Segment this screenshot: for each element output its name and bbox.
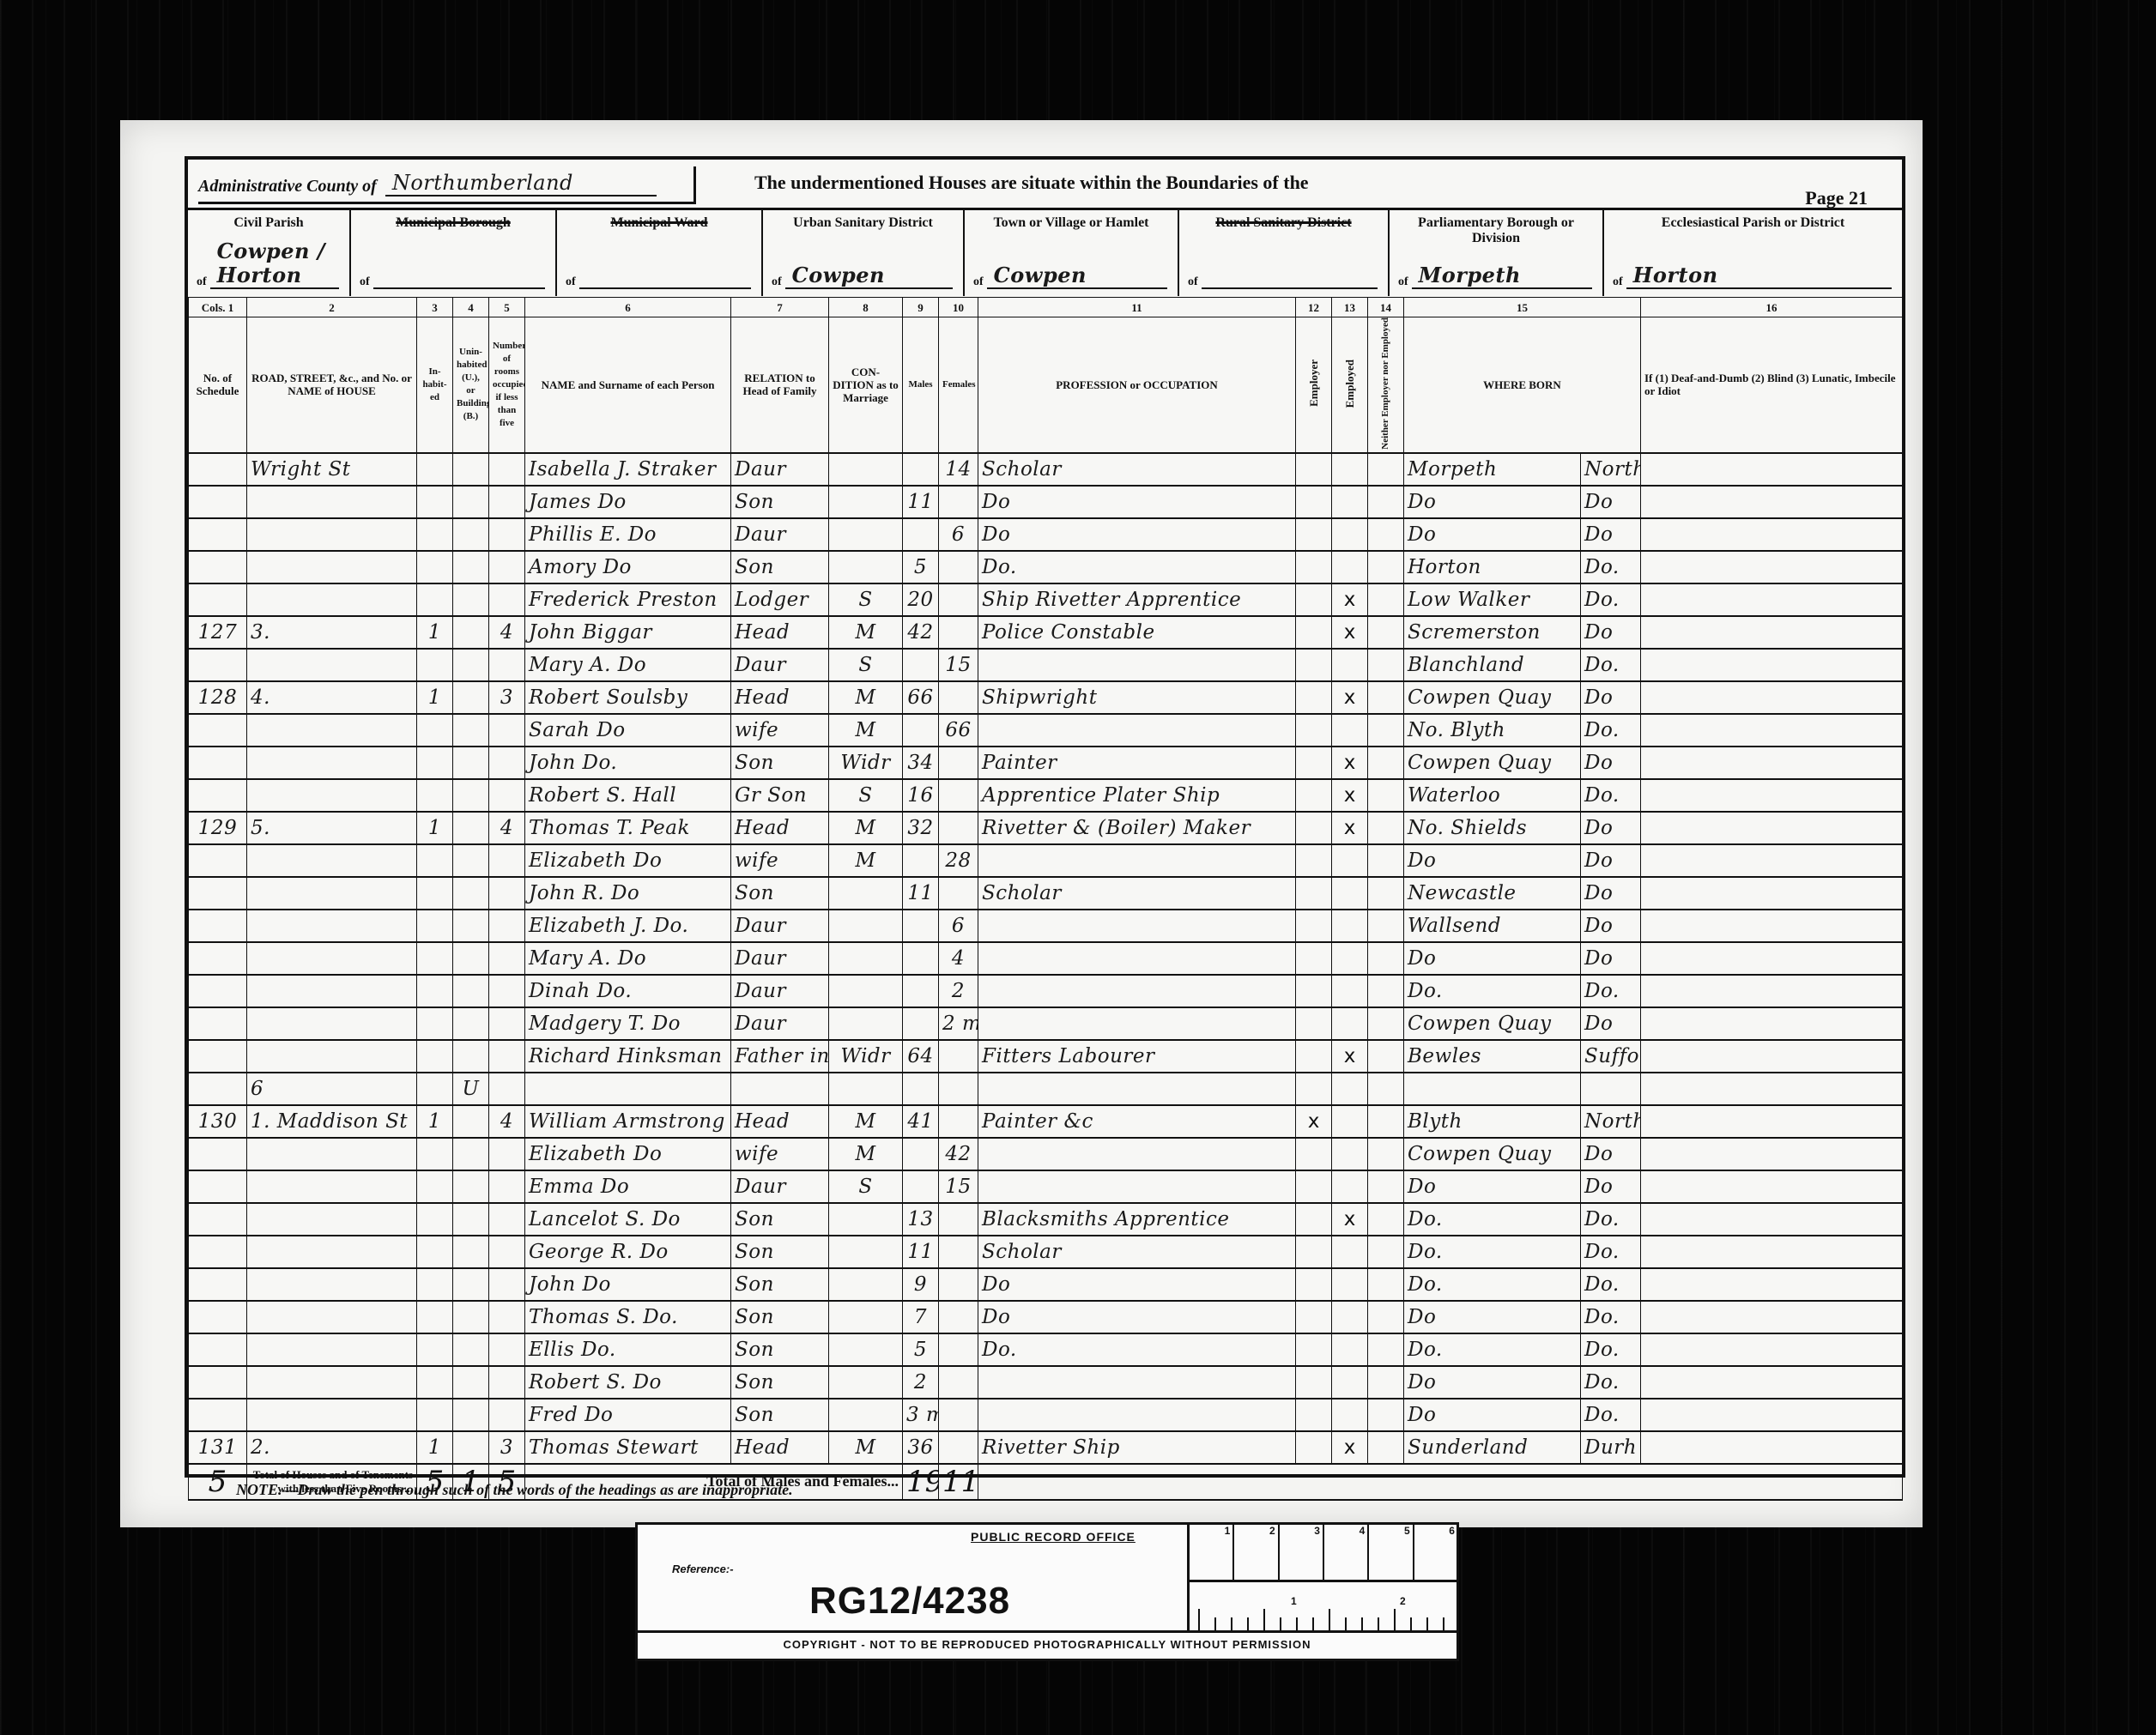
age-female-cell: 6 — [939, 910, 978, 942]
table-row: 1284.13Robert SoulsbyHeadM66ShipwrightxC… — [189, 681, 1903, 714]
uninhabited-cell — [453, 877, 489, 910]
table-row: Thomas S. Do.Son7DoDoDo. — [189, 1301, 1903, 1333]
employed-cell: x — [1332, 616, 1368, 649]
col-number: 10 — [939, 298, 978, 317]
uninhabited-cell — [453, 1431, 489, 1464]
condition-cell: M — [829, 844, 903, 877]
ruler-mark: 2 — [1400, 1595, 1406, 1607]
rooms-cell — [489, 1040, 525, 1073]
road-cell — [247, 910, 417, 942]
condition-cell: M — [829, 1138, 903, 1170]
neither-cell — [1368, 518, 1404, 551]
inhabited-cell — [417, 1138, 453, 1170]
neither-cell — [1368, 942, 1404, 975]
header-inhabited: In-habit-ed — [417, 317, 453, 453]
uninhabited-cell — [453, 779, 489, 812]
age-female-cell — [939, 1301, 978, 1333]
employer-cell — [1296, 1366, 1332, 1399]
condition-cell — [829, 942, 903, 975]
age-female-cell — [939, 877, 978, 910]
age-female-cell — [939, 1203, 978, 1236]
relation-cell: Head — [731, 616, 829, 649]
header-neither: Neither Employer nor Employed — [1368, 317, 1404, 453]
employed-cell — [1332, 1399, 1368, 1431]
inhabited-cell — [417, 551, 453, 583]
road-cell: 3. — [247, 616, 417, 649]
page-number: Page 21 — [1805, 187, 1868, 209]
rooms-cell — [489, 1268, 525, 1301]
reference-card: PUBLIC RECORD OFFICE Reference:- RG12/42… — [635, 1522, 1459, 1661]
employer-cell — [1296, 518, 1332, 551]
ruler-cm-scale: 1 2 3 4 5 6 — [1190, 1525, 1459, 1582]
infirmity-cell — [1641, 1301, 1903, 1333]
uninhabited-cell — [453, 1301, 489, 1333]
employed-cell — [1332, 975, 1368, 1007]
neither-cell — [1368, 844, 1404, 877]
age-female-cell — [939, 1333, 978, 1366]
age-male-cell: 13 — [903, 1203, 939, 1236]
born-county-cell: Do — [1581, 1138, 1641, 1170]
relation-cell: Daur — [731, 518, 829, 551]
born-county-cell: Do. — [1581, 649, 1641, 681]
born-place-cell: Cowpen Quay — [1404, 681, 1581, 714]
district-value — [1202, 287, 1378, 289]
born-place-cell: Do — [1404, 518, 1581, 551]
district-civil-parish: Civil Parish ofCowpen / Horton — [188, 210, 351, 296]
table-row: Robert S. DoSon2DoDo. — [189, 1366, 1903, 1399]
relation-cell: Son — [731, 1203, 829, 1236]
infirmity-cell — [1641, 747, 1903, 779]
age-female-cell — [939, 1366, 978, 1399]
occupation-cell — [978, 1007, 1296, 1040]
occupation-cell: Do — [978, 518, 1296, 551]
inhabited-cell — [417, 1236, 453, 1268]
employed-cell — [1332, 1073, 1368, 1105]
table-row: 1301. Maddison St14William ArmstrongHead… — [189, 1105, 1903, 1138]
name-cell: Lancelot S. Do — [525, 1203, 731, 1236]
road-cell: 2. — [247, 1431, 417, 1464]
infirmity-cell — [1641, 1203, 1903, 1236]
road-cell: Wright St — [247, 453, 417, 486]
age-female-cell — [939, 616, 978, 649]
occupation-cell: Scholar — [978, 1236, 1296, 1268]
condition-cell: M — [829, 812, 903, 844]
uninhabited-cell — [453, 616, 489, 649]
ruler-tick — [1214, 1617, 1216, 1631]
road-cell — [247, 942, 417, 975]
neither-cell — [1368, 714, 1404, 747]
schedule-cell — [189, 453, 247, 486]
employer-cell — [1296, 1040, 1332, 1073]
infirmity-cell — [1641, 877, 1903, 910]
age-female-cell: 2 mo — [939, 1007, 978, 1040]
age-female-cell: 4 — [939, 942, 978, 975]
of-label: of — [1188, 275, 1198, 289]
district-urban-sanitary: Urban Sanitary District ofCowpen — [763, 210, 965, 296]
road-cell — [247, 583, 417, 616]
relation-cell: Daur — [731, 910, 829, 942]
infirmity-cell — [1641, 942, 1903, 975]
born-place-cell: Cowpen Quay — [1404, 747, 1581, 779]
district-value: Morpeth — [1412, 263, 1592, 289]
rooms-cell — [489, 1138, 525, 1170]
table-row: Lancelot S. DoSon13Blacksmiths Apprentic… — [189, 1203, 1903, 1236]
district-municipal-borough: Municipal Borough of — [351, 210, 557, 296]
neither-cell — [1368, 453, 1404, 486]
name-cell: Thomas Stewart — [525, 1431, 731, 1464]
employer-cell — [1296, 779, 1332, 812]
neither-cell — [1368, 812, 1404, 844]
age-male-cell: 36 — [903, 1431, 939, 1464]
road-cell — [247, 1040, 417, 1073]
uninhabited-cell — [453, 518, 489, 551]
rooms-cell — [489, 779, 525, 812]
uninhabited-cell — [453, 910, 489, 942]
condition-cell — [829, 486, 903, 518]
condition-cell — [829, 551, 903, 583]
form-header: Administrative County of Northumberland … — [188, 160, 1902, 204]
col-number: 7 — [731, 298, 829, 317]
name-cell: John Do — [525, 1268, 731, 1301]
name-cell: Robert S. Hall — [525, 779, 731, 812]
schedule-cell — [189, 486, 247, 518]
born-place-cell: Do. — [1404, 1268, 1581, 1301]
employed-cell — [1332, 877, 1368, 910]
born-place-cell: Do — [1404, 844, 1581, 877]
name-cell: William Armstrong — [525, 1105, 731, 1138]
age-female-cell — [939, 1073, 978, 1105]
occupation-cell — [978, 1138, 1296, 1170]
employed-cell — [1332, 1301, 1368, 1333]
condition-cell — [829, 910, 903, 942]
reference-value: RG12/4238 — [809, 1580, 1010, 1623]
infirmity-cell — [1641, 1073, 1903, 1105]
ruler-tick — [1231, 1617, 1232, 1631]
born-place-cell: Do — [1404, 1170, 1581, 1203]
ruler-mark: 3 — [1280, 1525, 1324, 1580]
header-schedule: No. of Schedule — [189, 317, 247, 453]
uninhabited-cell — [453, 1366, 489, 1399]
employer-cell — [1296, 1236, 1332, 1268]
relation-cell — [731, 1073, 829, 1105]
age-male-cell — [903, 1007, 939, 1040]
road-cell: 4. — [247, 681, 417, 714]
schedule-cell — [189, 1138, 247, 1170]
admin-county-label: Administrative County of — [198, 177, 377, 196]
census-form: Administrative County of Northumberland … — [185, 156, 1905, 1478]
age-female-cell — [939, 1268, 978, 1301]
relation-cell: Daur — [731, 1170, 829, 1203]
uninhabited-cell — [453, 812, 489, 844]
name-cell: Richard Hinksman — [525, 1040, 731, 1073]
ruler-tick — [1361, 1617, 1363, 1631]
employer-cell — [1296, 1333, 1332, 1366]
district-rural-sanitary: Rural Sanitary District of — [1179, 210, 1390, 296]
rooms-cell — [489, 1366, 525, 1399]
age-male-cell: 3 mo — [903, 1399, 939, 1431]
employed-cell: x — [1332, 812, 1368, 844]
uninhabited-cell — [453, 551, 489, 583]
relation-cell: Daur — [731, 453, 829, 486]
born-county-cell: Do. — [1581, 1268, 1641, 1301]
employed-cell — [1332, 910, 1368, 942]
born-place-cell: Do. — [1404, 1203, 1581, 1236]
col-number: 13 — [1332, 298, 1368, 317]
born-place-cell: No. Blyth — [1404, 714, 1581, 747]
relation-cell: Father in Law — [731, 1040, 829, 1073]
age-male-cell: 16 — [903, 779, 939, 812]
name-cell: John R. Do — [525, 877, 731, 910]
district-label: Ecclesiastical Parish or District — [1611, 215, 1895, 231]
schedule-cell — [189, 747, 247, 779]
occupation-cell: Shipwright — [978, 681, 1296, 714]
occupation-cell — [978, 1366, 1296, 1399]
name-cell: George R. Do — [525, 1236, 731, 1268]
employer-cell — [1296, 616, 1332, 649]
occupation-cell — [978, 975, 1296, 1007]
table-row: Mary A. DoDaurS15BlanchlandDo. — [189, 649, 1903, 681]
of-label: of — [1613, 275, 1623, 289]
header-rooms: Number of rooms occupied if less than fi… — [489, 317, 525, 453]
occupation-cell — [978, 844, 1296, 877]
col-number: 11 — [978, 298, 1296, 317]
name-cell: Madgery T. Do — [525, 1007, 731, 1040]
district-value: Cowpen / Horton — [210, 239, 339, 289]
name-cell: Elizabeth Do — [525, 1138, 731, 1170]
infirmity-cell — [1641, 1040, 1903, 1073]
employed-cell — [1332, 1268, 1368, 1301]
schedule-cell — [189, 1040, 247, 1073]
employer-cell — [1296, 649, 1332, 681]
inhabited-cell — [417, 1170, 453, 1203]
rooms-cell — [489, 1236, 525, 1268]
of-label: of — [973, 275, 984, 289]
schedule-cell — [189, 1236, 247, 1268]
born-place-cell: Waterloo — [1404, 779, 1581, 812]
col-number: 5 — [489, 298, 525, 317]
occupation-cell: Police Constable — [978, 616, 1296, 649]
of-label: of — [566, 275, 576, 289]
occupation-cell — [978, 942, 1296, 975]
uninhabited-cell — [453, 649, 489, 681]
rooms-cell: 4 — [489, 812, 525, 844]
occupation-cell — [978, 1073, 1296, 1105]
uninhabited-cell — [453, 681, 489, 714]
relation-cell: wife — [731, 714, 829, 747]
name-cell: Mary A. Do — [525, 942, 731, 975]
condition-cell — [829, 1333, 903, 1366]
col-number: 8 — [829, 298, 903, 317]
schedule-cell — [189, 1073, 247, 1105]
born-county-cell: Do — [1581, 1170, 1641, 1203]
born-place-cell — [1404, 1073, 1581, 1105]
infirmity-cell — [1641, 1170, 1903, 1203]
employed-cell — [1332, 551, 1368, 583]
district-label: Municipal Ward — [564, 215, 754, 231]
employer-cell — [1296, 747, 1332, 779]
age-male-cell: 11 — [903, 486, 939, 518]
table-row: John Do.SonWidr34PainterxCowpen QuayDo — [189, 747, 1903, 779]
name-cell: John Biggar — [525, 616, 731, 649]
born-county-cell: Do — [1581, 1007, 1641, 1040]
inhabited-cell: 1 — [417, 616, 453, 649]
born-place-cell: Cowpen Quay — [1404, 1138, 1581, 1170]
condition-cell: M — [829, 1105, 903, 1138]
ruler-tick — [1198, 1609, 1200, 1631]
employer-cell — [1296, 1431, 1332, 1464]
occupation-cell: Ship Rivetter Apprentice — [978, 583, 1296, 616]
employed-cell — [1332, 518, 1368, 551]
age-male-cell: 11 — [903, 877, 939, 910]
rooms-cell — [489, 877, 525, 910]
occupation-cell: Do. — [978, 1333, 1296, 1366]
condition-cell — [829, 877, 903, 910]
district-ecclesiastical: Ecclesiastical Parish or District ofHort… — [1604, 210, 1902, 296]
header-males: Males — [903, 317, 939, 453]
infirmity-cell — [1641, 1138, 1903, 1170]
born-place-cell: Do. — [1404, 1236, 1581, 1268]
relation-cell: Lodger — [731, 583, 829, 616]
occupation-cell — [978, 649, 1296, 681]
infirmity-cell — [1641, 518, 1903, 551]
inhabited-cell — [417, 747, 453, 779]
infirmity-cell — [1641, 812, 1903, 844]
public-record-office-label: PUBLIC RECORD OFFICE — [971, 1530, 1136, 1544]
rooms-cell — [489, 453, 525, 486]
schedule-cell — [189, 1007, 247, 1040]
employed-cell — [1332, 1333, 1368, 1366]
ruler-tick — [1410, 1617, 1412, 1631]
rooms-cell — [489, 1333, 525, 1366]
inhabited-cell — [417, 649, 453, 681]
rooms-cell — [489, 518, 525, 551]
name-cell: Robert S. Do — [525, 1366, 731, 1399]
district-label: Municipal Borough — [358, 215, 548, 231]
infirmity-cell — [1641, 779, 1903, 812]
uninhabited-cell — [453, 1268, 489, 1301]
age-female-cell — [939, 583, 978, 616]
copyright-notice: COPYRIGHT - NOT TO BE REPRODUCED PHOTOGR… — [638, 1630, 1457, 1659]
born-place-cell: Sunderland — [1404, 1431, 1581, 1464]
employed-cell: x — [1332, 583, 1368, 616]
name-cell: Frederick Preston — [525, 583, 731, 616]
table-row: Phillis E. DoDaur6DoDoDo — [189, 518, 1903, 551]
schedule-cell — [189, 1170, 247, 1203]
schedule-cell — [189, 910, 247, 942]
occupation-cell: Fitters Labourer — [978, 1040, 1296, 1073]
rooms-cell — [489, 551, 525, 583]
rooms-cell: 4 — [489, 616, 525, 649]
infirmity-cell — [1641, 681, 1903, 714]
age-female-cell — [939, 1040, 978, 1073]
condition-cell — [829, 518, 903, 551]
born-county-cell: Do — [1581, 616, 1641, 649]
header-employed: Employed — [1332, 317, 1368, 453]
uninhabited-cell — [453, 1105, 489, 1138]
road-cell — [247, 1268, 417, 1301]
born-county-cell: Do. — [1581, 1301, 1641, 1333]
age-male-cell: 42 — [903, 616, 939, 649]
schedule-cell: 130 — [189, 1105, 247, 1138]
relation-cell: Son — [731, 486, 829, 518]
ruler-tick — [1263, 1609, 1265, 1631]
born-place-cell: Do — [1404, 1399, 1581, 1431]
neither-cell — [1368, 1333, 1404, 1366]
neither-cell — [1368, 1105, 1404, 1138]
infirmity-cell — [1641, 486, 1903, 518]
rooms-cell — [489, 910, 525, 942]
name-cell — [525, 1073, 731, 1105]
occupation-cell: Rivetter & (Boiler) Maker — [978, 812, 1296, 844]
uninhabited-cell — [453, 1399, 489, 1431]
inhabited-cell: 1 — [417, 1431, 453, 1464]
road-cell — [247, 1203, 417, 1236]
infirmity-cell — [1641, 1366, 1903, 1399]
born-county-cell: Do. — [1581, 1333, 1641, 1366]
age-female-cell — [939, 1431, 978, 1464]
inhabited-cell — [417, 583, 453, 616]
employer-cell — [1296, 910, 1332, 942]
name-cell: Sarah Do — [525, 714, 731, 747]
employer-cell — [1296, 1301, 1332, 1333]
employer-cell — [1296, 714, 1332, 747]
district-label: Urban Sanitary District — [770, 215, 956, 231]
age-male-cell: 34 — [903, 747, 939, 779]
age-male-cell: 2 — [903, 1366, 939, 1399]
col-number: 3 — [417, 298, 453, 317]
district-value — [579, 287, 751, 289]
uninhabited-cell — [453, 486, 489, 518]
neither-cell — [1368, 1268, 1404, 1301]
employed-cell — [1332, 1007, 1368, 1040]
age-male-cell: 64 — [903, 1040, 939, 1073]
name-cell: Dinah Do. — [525, 975, 731, 1007]
table-row: Elizabeth DowifeM28DoDo — [189, 844, 1903, 877]
table-row: Richard HinksmanFather in LawWidr64Fitte… — [189, 1040, 1903, 1073]
age-female-cell: 15 — [939, 649, 978, 681]
age-male-cell: 11 — [903, 1236, 939, 1268]
road-cell — [247, 779, 417, 812]
header-condition: CON-DITION as to Marriage — [829, 317, 903, 453]
rooms-cell — [489, 747, 525, 779]
neither-cell — [1368, 779, 1404, 812]
born-county-cell: North — [1581, 453, 1641, 486]
col-number: 6 — [525, 298, 731, 317]
name-cell: James Do — [525, 486, 731, 518]
table-row: George R. DoSon11ScholarDo.Do. — [189, 1236, 1903, 1268]
inhabited-cell: 1 — [417, 681, 453, 714]
rooms-cell — [489, 649, 525, 681]
occupation-cell: Scholar — [978, 877, 1296, 910]
name-cell: Ellis Do. — [525, 1333, 731, 1366]
relation-cell: wife — [731, 1138, 829, 1170]
of-label: of — [772, 275, 782, 289]
schedule-cell — [189, 518, 247, 551]
schedule-cell — [189, 1399, 247, 1431]
table-row: Elizabeth DowifeM42Cowpen QuayDo — [189, 1138, 1903, 1170]
table-row: Madgery T. DoDaur2 moCowpen QuayDo — [189, 1007, 1903, 1040]
name-cell: Isabella J. Straker — [525, 453, 731, 486]
relation-cell: Son — [731, 1399, 829, 1431]
schedule-cell — [189, 1366, 247, 1399]
neither-cell — [1368, 1431, 1404, 1464]
born-county-cell: Do. — [1581, 1366, 1641, 1399]
infirmity-cell — [1641, 714, 1903, 747]
relation-cell: Son — [731, 1268, 829, 1301]
relation-cell: Daur — [731, 975, 829, 1007]
district-strip: Civil Parish ofCowpen / Horton Municipal… — [188, 208, 1902, 296]
schedule-cell: 129 — [189, 812, 247, 844]
